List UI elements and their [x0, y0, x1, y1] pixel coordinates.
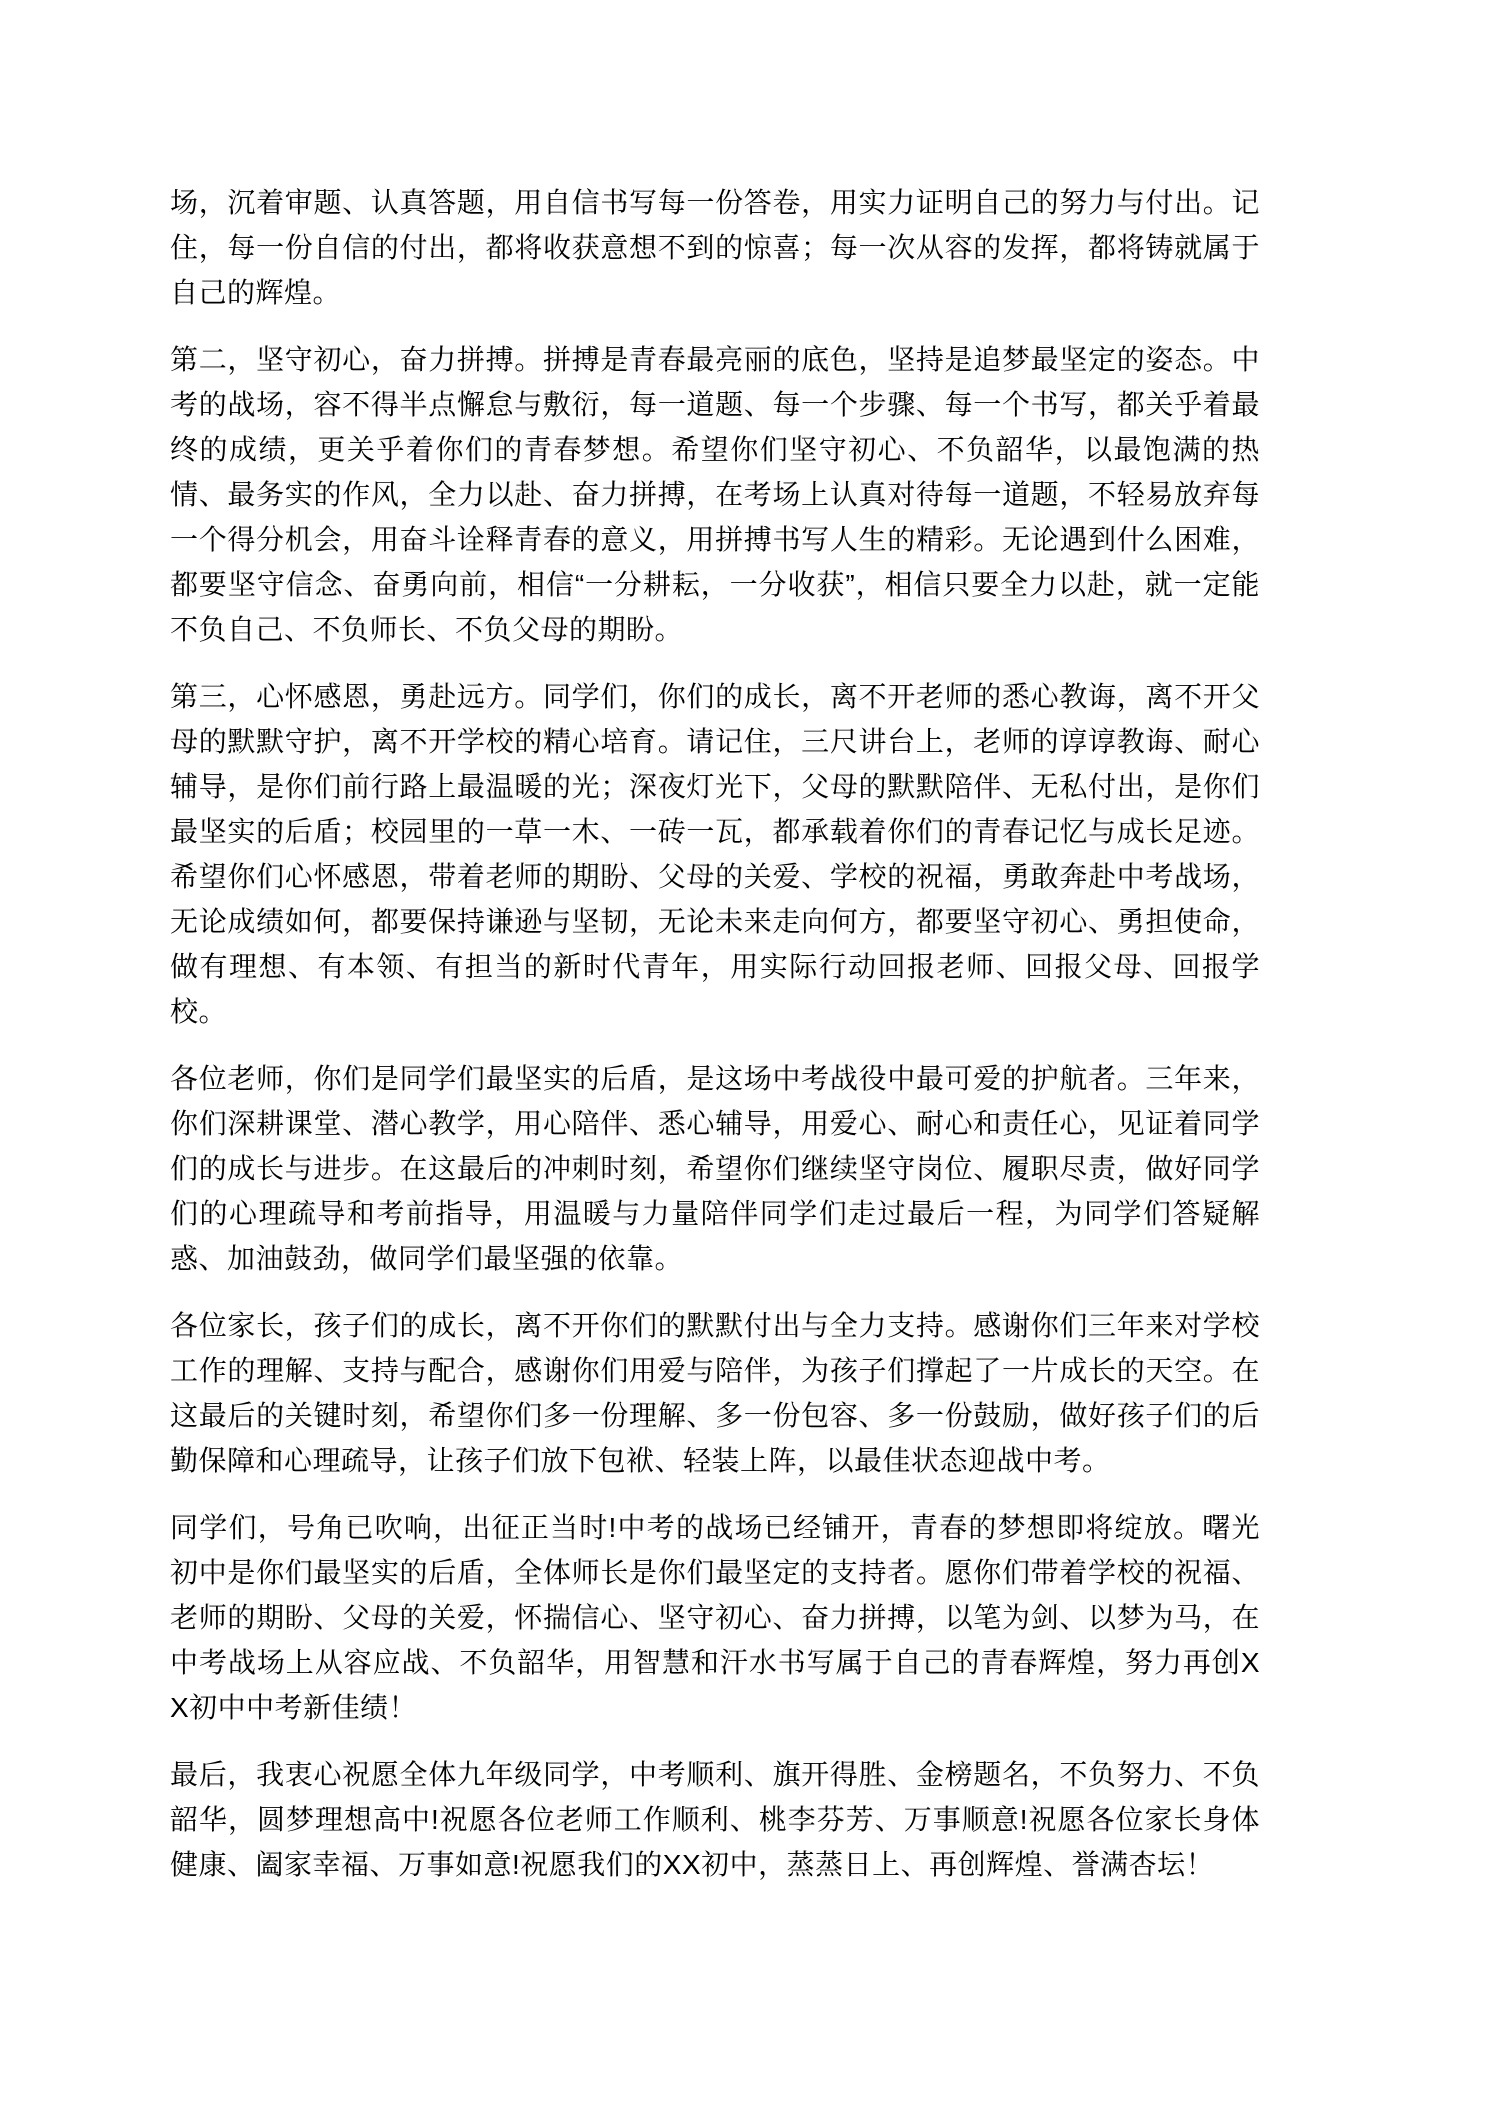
paragraph-to-parents: 各位家长，孩子们的成长，离不开你们的默默付出与全力支持。感谢你们三年来对学校工作… [170, 1303, 1260, 1483]
paragraph-to-teachers: 各位老师，你们是同学们最坚实的后盾，是这场中考战役中最可爱的护航者。三年来，你们… [170, 1056, 1260, 1281]
paragraph-point-two: 第二，坚守初心，奋力拼搏。拼搏是青春最亮丽的底色，坚持是追梦最坚定的姿态。中考的… [170, 337, 1260, 652]
paragraph-to-students: 同学们，号角已吹响，出征正当时!中考的战场已经铺开，青春的梦想即将绽放。曙光初中… [170, 1505, 1260, 1730]
paragraph-continuation: 场，沉着审题、认真答题，用自信书写每一份答卷，用实力证明自己的努力与付出。记住，… [170, 180, 1260, 315]
paragraph-closing-wishes: 最后，我衷心祝愿全体九年级同学，中考顺利、旗开得胜、金榜题名，不负努力、不负韶华… [170, 1752, 1260, 1887]
paragraph-point-three: 第三，心怀感恩，勇赴远方。同学们，你们的成长，离不开老师的悉心教诲，离不开父母的… [170, 674, 1260, 1034]
document-page: 场，沉着审题、认真答题，用自信书写每一份答卷，用实力证明自己的努力与付出。记住，… [170, 180, 1260, 1909]
